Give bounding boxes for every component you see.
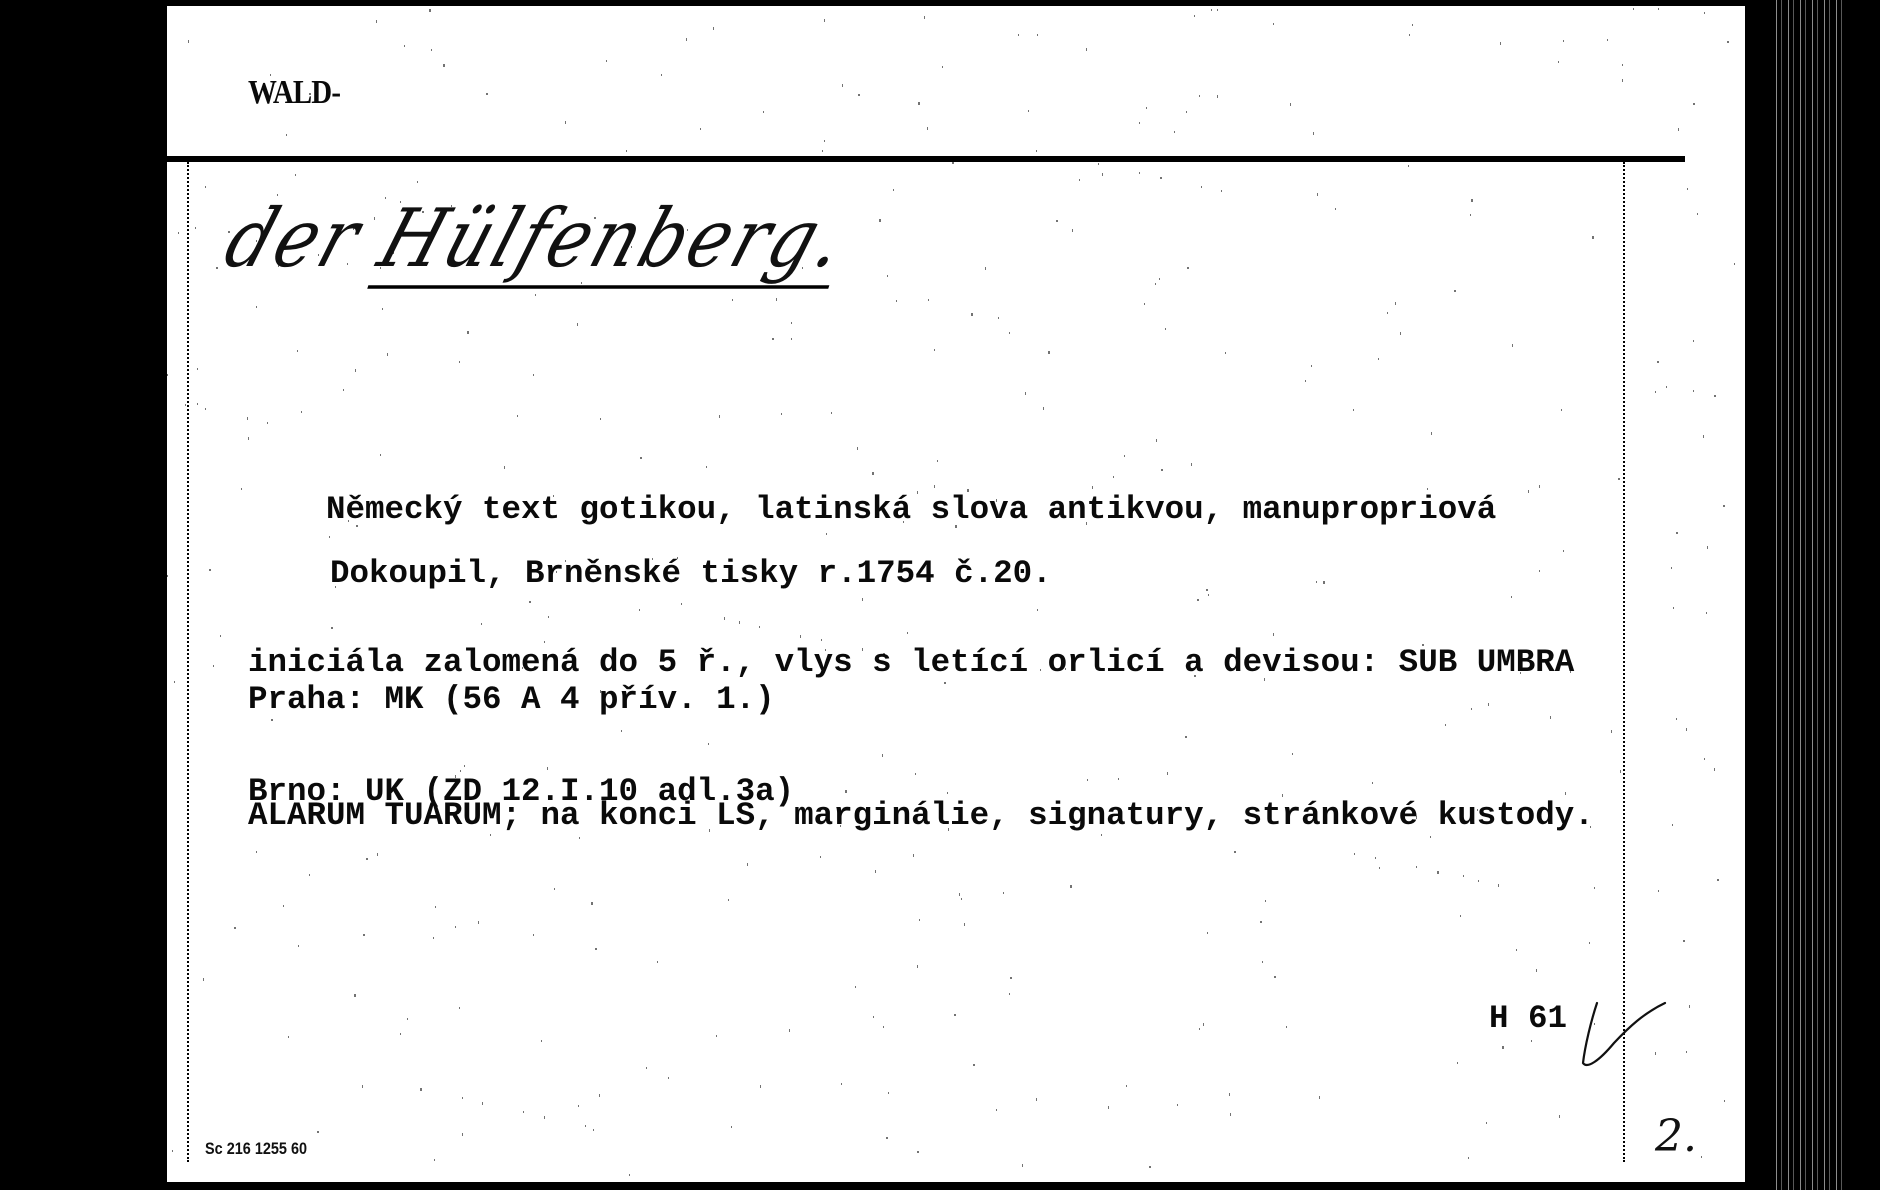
left-margin-line — [187, 162, 189, 1162]
header-rule — [167, 156, 1685, 162]
title-prefix: der — [214, 191, 373, 285]
title-word-text: Hülfenberg — [368, 191, 834, 285]
scan-edge-strip — [1770, 0, 1845, 1190]
title-word: Hülfenberg. — [367, 191, 859, 289]
description-line: Německý text gotikou, latinská slova ant… — [248, 484, 1594, 535]
print-code: Sc 216 1255 60 — [205, 1139, 307, 1159]
checkmark-icon — [1579, 991, 1669, 1071]
shelf-mark: H 61 — [1489, 1003, 1567, 1036]
handwritten-title: der Hülfenberg. — [214, 191, 859, 285]
holding-praha: Praha: MK (56 A 4 přív. 1.) — [248, 684, 775, 717]
catalog-card: WALD- der Hülfenberg. Německý text gotik… — [167, 6, 1745, 1182]
bibliographic-reference: Dokoupil, Brněnské tisky r.1754 č.20. — [330, 558, 1052, 591]
description: Německý text gotikou, latinská slova ant… — [248, 382, 1594, 943]
page-number: 2. — [1655, 1111, 1697, 1162]
card-heading: WALD- — [248, 76, 340, 110]
holding-brno: Brno: UK (ZD 12.I.10 adl.3a) — [248, 776, 794, 809]
